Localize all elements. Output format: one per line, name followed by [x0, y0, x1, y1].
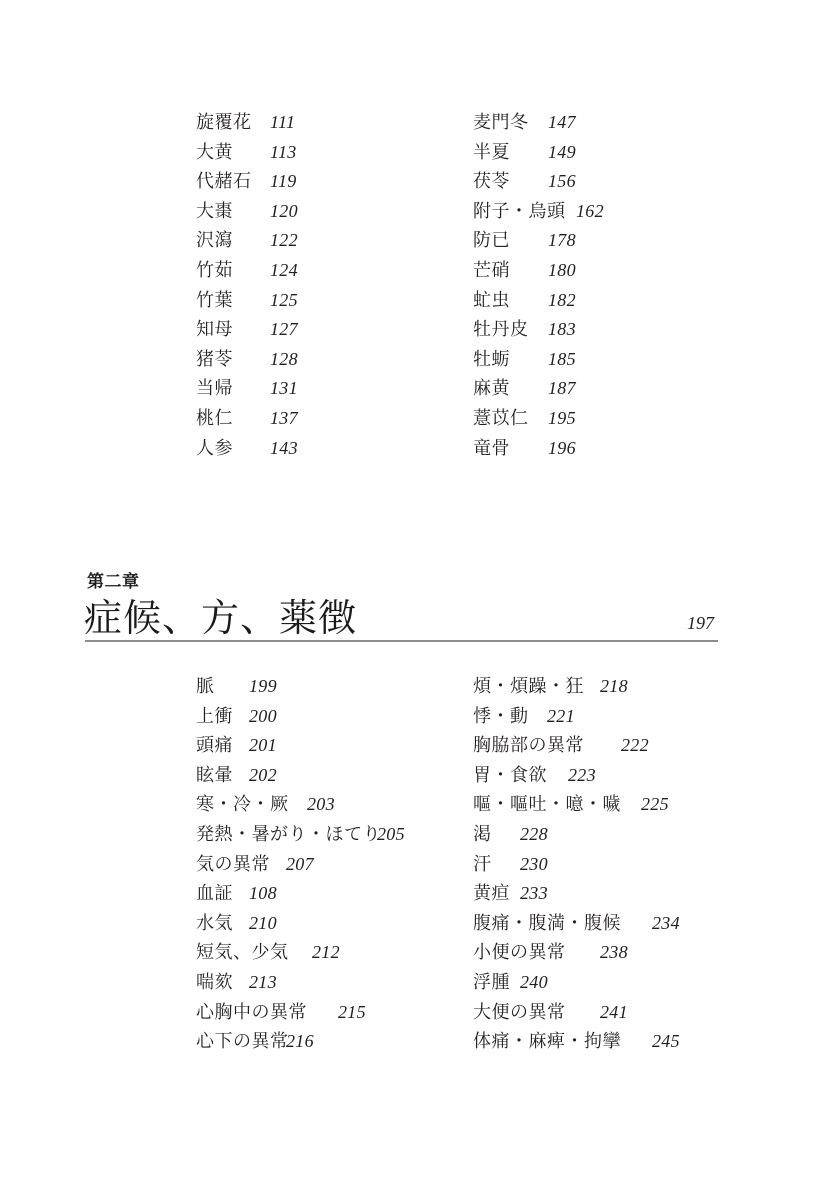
toc-entry-title: 芒硝	[473, 256, 510, 286]
toc-entry-page-number: 108	[249, 879, 277, 909]
toc-entry-title: 嘔・嘔吐・噫・噦	[473, 790, 621, 820]
toc-entry-title: 悸・動	[473, 702, 529, 732]
chapter-divider-rule	[85, 640, 718, 642]
chapter-number-label: 第二章	[87, 567, 140, 592]
toc-entry-page-number: 207	[286, 850, 314, 880]
toc-entry-page-number: 127	[270, 315, 298, 345]
toc-entry-page-number: 119	[270, 167, 297, 197]
toc-entry-page-number: 122	[270, 226, 298, 256]
toc-entry-title: 煩・煩躁・狂	[473, 672, 584, 702]
toc-entry-page-number: 200	[249, 702, 277, 732]
toc-entry-title: 脈	[196, 672, 215, 702]
toc-entry-page-number: 201	[249, 731, 277, 761]
toc-entry-title: 桃仁	[196, 404, 233, 434]
toc-entry-title: 水気	[196, 909, 233, 939]
toc-entry-title: 喘欬	[196, 968, 233, 998]
toc-entry-page-number: 234	[652, 909, 680, 939]
toc-entry-title: 胸脇部の異常	[473, 731, 584, 761]
toc-entry-page-number: 124	[270, 256, 298, 286]
toc-entry-title: 腹痛・腹満・腹候	[473, 909, 621, 939]
toc-entry-page-number: 225	[641, 790, 669, 820]
toc-entry-title: 汗	[473, 850, 492, 880]
toc-entry-title: 麦門冬	[473, 108, 529, 138]
toc-entry-page-number: 185	[548, 345, 576, 375]
toc-entry-page-number: 187	[548, 374, 576, 404]
toc-entry-page-number: 245	[652, 1027, 680, 1057]
toc-entry-title: 旋覆花	[196, 108, 252, 138]
toc-entry-title: 沢瀉	[196, 226, 233, 256]
toc-entry-title: 防已	[473, 226, 510, 256]
toc-entry-page-number: 240	[520, 968, 548, 998]
toc-entry-title: 薏苡仁	[473, 404, 529, 434]
toc-entry-title: 竜骨	[473, 434, 510, 464]
toc-entry-page-number: 120	[270, 197, 298, 227]
toc-entry-title: 体痛・麻痺・拘攣	[473, 1027, 621, 1057]
toc-entry-title: 短気、少気	[196, 938, 289, 968]
toc-entry-title: 心下の異常	[196, 1027, 289, 1057]
toc-entry-title: 頭痛	[196, 731, 233, 761]
toc-entry-title: 竹葉	[196, 286, 233, 316]
toc-entry-title: 寒・冷・厥	[196, 790, 289, 820]
toc-entry-title: 眩暈	[196, 761, 233, 791]
toc-entry-page-number: 233	[520, 879, 548, 909]
toc-entry-page-number: 223	[568, 761, 596, 791]
toc-entry-page-number: 111	[270, 108, 295, 138]
toc-entry-title: 気の異常	[196, 850, 270, 880]
toc-entry-page-number: 137	[270, 404, 298, 434]
toc-entry-page-number: 238	[600, 938, 628, 968]
toc-entry-page-number: 241	[600, 998, 628, 1028]
toc-entry-title: 竹茹	[196, 256, 233, 286]
toc-entry-title: 胃・食欲	[473, 761, 547, 791]
toc-entry-title: 代赭石	[196, 167, 252, 197]
toc-entry-page-number: 218	[600, 672, 628, 702]
toc-entry-page-number: 156	[548, 167, 576, 197]
toc-entry-page-number: 205	[377, 820, 405, 850]
toc-entry-page-number: 149	[548, 138, 576, 168]
toc-entry-title: 大便の異常	[473, 998, 566, 1028]
toc-entry-title: 人参	[196, 434, 233, 464]
toc-entry-page-number: 180	[548, 256, 576, 286]
toc-entry-title: 半夏	[473, 138, 510, 168]
toc-entry-page-number: 202	[249, 761, 277, 791]
toc-entry-title: 大棗	[196, 197, 233, 227]
toc-entry-page-number: 210	[249, 909, 277, 939]
toc-entry-title: 上衝	[196, 702, 233, 732]
toc-entry-page-number: 162	[576, 197, 604, 227]
toc-entry-title: 虻虫	[473, 286, 510, 316]
toc-entry-page-number: 212	[312, 938, 340, 968]
toc-entry-title: 大黄	[196, 138, 233, 168]
toc-entry-title: 浮腫	[473, 968, 510, 998]
toc-entry-title: 渇	[473, 820, 492, 850]
toc-entry-page-number: 182	[548, 286, 576, 316]
toc-entry-title: 牡蛎	[473, 345, 510, 375]
toc-entry-page-number: 222	[621, 731, 649, 761]
toc-entry-title: 小便の異常	[473, 938, 566, 968]
toc-entry-page-number: 221	[547, 702, 575, 732]
toc-entry-page-number: 195	[548, 404, 576, 434]
toc-entry-page-number: 178	[548, 226, 576, 256]
toc-entry-page-number: 113	[270, 138, 297, 168]
toc-entry-page-number: 199	[249, 672, 277, 702]
toc-entry-page-number: 183	[548, 315, 576, 345]
toc-entry-page-number: 147	[548, 108, 576, 138]
chapter-page-number: 197	[687, 613, 714, 634]
toc-entry-title: 麻黄	[473, 374, 510, 404]
toc-entry-page-number: 128	[270, 345, 298, 375]
toc-entry-page-number: 216	[286, 1027, 314, 1057]
toc-entry-title: 心胸中の異常	[196, 998, 307, 1028]
toc-entry-page-number: 143	[270, 434, 298, 464]
toc-entry-page-number: 131	[270, 374, 298, 404]
chapter-title: 症候、方、薬徴	[84, 596, 357, 640]
toc-entry-page-number: 228	[520, 820, 548, 850]
toc-entry-title: 血証	[196, 879, 233, 909]
toc-entry-page-number: 203	[307, 790, 335, 820]
toc-entry-page-number: 213	[249, 968, 277, 998]
toc-entry-page-number: 196	[548, 434, 576, 464]
toc-entry-title: 発熱・暑がり・ほてり	[196, 820, 381, 850]
toc-entry-title: 猪苓	[196, 345, 233, 375]
toc-entry-title: 茯苓	[473, 167, 510, 197]
toc-entry-page-number: 230	[520, 850, 548, 880]
toc-entry-title: 黄疸	[473, 879, 510, 909]
toc-entry-page-number: 215	[338, 998, 366, 1028]
toc-entry-title: 附子・烏頭	[473, 197, 566, 227]
toc-entry-title: 当帰	[196, 374, 233, 404]
toc-entry-title: 牡丹皮	[473, 315, 529, 345]
toc-entry-page-number: 125	[270, 286, 298, 316]
toc-entry-title: 知母	[196, 315, 233, 345]
